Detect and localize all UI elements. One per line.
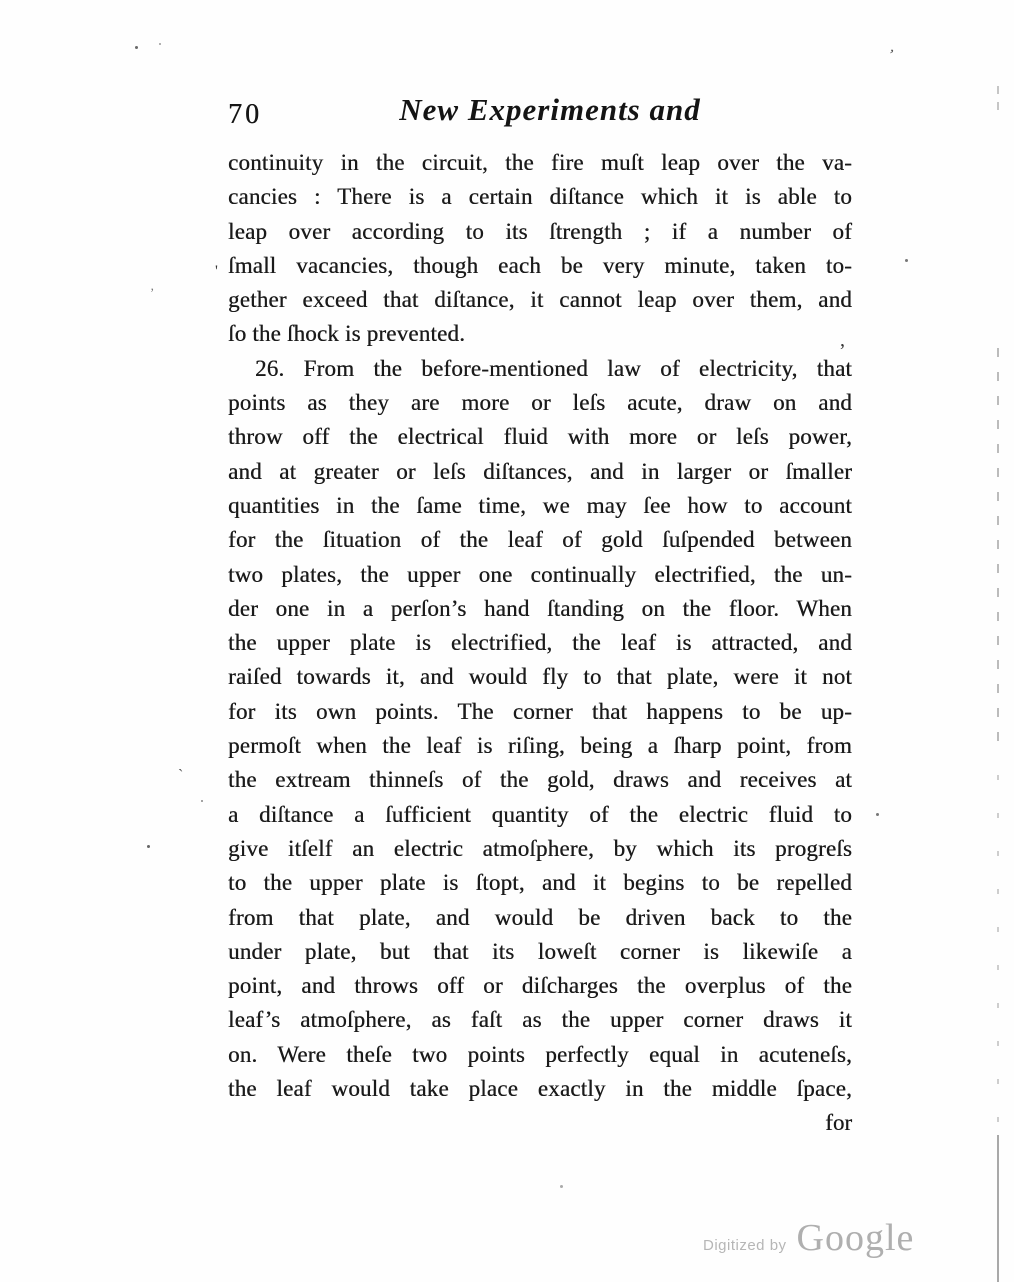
text-line: quantities in the ſame time, we may ſee … — [228, 489, 852, 523]
text-line: the leaf would take place exactly in the… — [228, 1072, 852, 1106]
scan-speck: ’ — [886, 48, 895, 65]
text-line: point, and throws off or diſcharges the … — [228, 969, 852, 1003]
text-line: two plates, the upper one continually el… — [228, 558, 852, 592]
digitized-by-label: Digitized by — [703, 1237, 787, 1254]
text-line: the extream thinneſs of the gold, draws … — [228, 763, 852, 797]
catchword: for — [228, 1106, 852, 1140]
text-line: raiſed towards it, and would fly to that… — [228, 660, 852, 694]
text-line: leaf’s atmoſphere, as faſt as the upper … — [228, 1003, 852, 1037]
text-line: points as they are more or leſs acute, d… — [228, 386, 852, 420]
page-edge-line — [997, 348, 999, 744]
text-line: throw off the electrical fluid with more… — [228, 420, 852, 454]
text-line: the upper plate is electrified, the leaf… — [228, 626, 852, 660]
scan-speck — [135, 46, 138, 49]
scan-speck: ' — [215, 264, 218, 280]
text-line: on. Were theſe two points perfectly equa… — [228, 1038, 852, 1072]
running-header: New Experiments and — [238, 92, 862, 128]
text-line: der one in a perſon’s hand ſtanding on t… — [228, 592, 852, 626]
page-edge-line — [997, 86, 999, 112]
text-line: to the upper plate is ſtopt, and it begi… — [228, 866, 852, 900]
scan-speck: ’ — [150, 286, 154, 299]
scan-speck: , — [840, 330, 845, 350]
text-line: cancies : There is a certain diſtance wh… — [228, 180, 852, 214]
google-watermark: Digitized by Google — [703, 1216, 914, 1260]
text-line: ſo the ſhock is prevented. — [228, 317, 852, 351]
scan-speck — [876, 813, 879, 816]
text-line: for the ſituation of the leaf of gold ſu… — [228, 523, 852, 557]
text-line: ſmall vacancies, though each be very min… — [228, 249, 852, 283]
scan-speck — [159, 43, 161, 45]
text-line: a diſtance a ſufficient quantity of the … — [228, 798, 852, 832]
text-line: leap over according to its ſtrength ; if… — [228, 215, 852, 249]
text-line: gether exceed that diſtance, it cannot l… — [228, 283, 852, 317]
text-line: from that plate, and would be driven bac… — [228, 901, 852, 935]
scan-speck: ` — [178, 768, 183, 784]
text-line: permoſt when the leaf is riſing, being a… — [228, 729, 852, 763]
text-line: 26. From the before-mentioned law of ele… — [228, 352, 852, 386]
text-line: give itſelf an electric atmoſphere, by w… — [228, 832, 852, 866]
text-line: continuity in the circuit, the fire muſt… — [228, 146, 852, 180]
scan-speck — [560, 1185, 563, 1188]
text-line: under plate, but that its loweſt corner … — [228, 935, 852, 969]
text-line: and at greater or leſs diſtances, and in… — [228, 455, 852, 489]
scan-speck — [905, 259, 908, 262]
book-page-scan: 70 New Experiments and continuity in the… — [0, 0, 1014, 1282]
scan-speck — [147, 845, 150, 848]
google-logo: Google — [797, 1216, 915, 1260]
text-line: for its own points. The corner that happ… — [228, 695, 852, 729]
body-text: continuity in the circuit, the fire muſt… — [228, 146, 852, 1106]
scan-speck — [201, 800, 203, 802]
page-edge-line — [997, 775, 999, 1130]
page-edge-line — [997, 1135, 999, 1282]
